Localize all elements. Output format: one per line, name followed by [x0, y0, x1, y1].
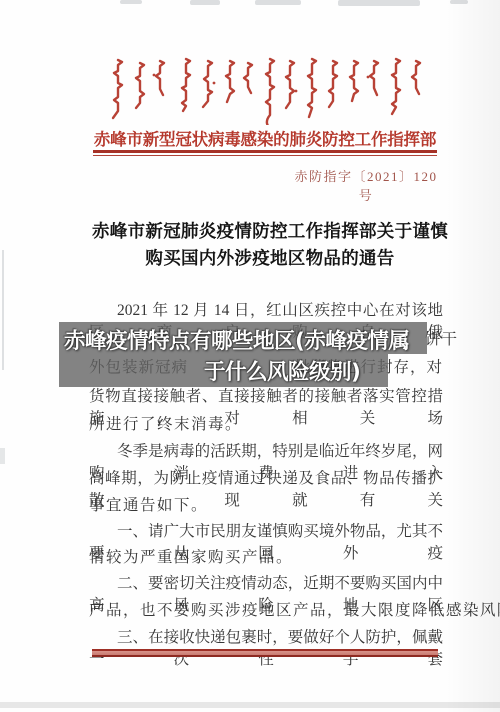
body-line: 高峰期，为防止疫情通过快递及食品、物品传播扩散，现就有关	[89, 468, 443, 490]
scan-artifact	[190, 0, 220, 5]
page-edge-shadow	[0, 448, 5, 464]
letterhead-double-rule	[93, 150, 437, 156]
notice-title-line2: 购买国内外涉疫地区物品的通告	[40, 245, 500, 269]
body-line: 二、要密切关注疫情动态，近期不要购买国内中高风险地区	[89, 573, 443, 595]
page-edge-shadow	[2, 250, 4, 370]
headline-overlay-line2: 于什么风险级别)	[204, 355, 360, 386]
body-line: 冬季是病毒的活跃期，特别是临近年终岁尾，网购消费进入	[89, 441, 443, 463]
scan-artifact	[338, 0, 420, 6]
body-line: 2021 年 12 月 14 日，红山区疾控中心在对该地区商户购自俄	[89, 300, 443, 322]
body-line: 所进行了终末消毒。	[89, 414, 443, 436]
body-line: 一、请广大市民朋友谨慎购买境外物品，尤其不要从国外疫	[89, 521, 443, 543]
scan-artifact	[255, 0, 301, 5]
page-edge-shadow	[0, 702, 500, 708]
notice-title-line1: 赤峰市新冠肺炎疫情防控工作指挥部关于谨慎	[40, 218, 500, 242]
body-line: 事宜通告如下。	[89, 495, 443, 517]
scan-artifact	[120, 0, 142, 4]
body-line: 产品，也不要购买涉疫地区产品，最大限度降低感染风险。	[89, 600, 443, 622]
scanned-notice-page: 赤峰市新型冠状病毒感染的肺炎防控工作指挥部 赤防指字〔2021〕120 号 赤峰…	[0, 0, 500, 712]
body-line: 货物直接接触者、直接接触者的接触者落实管控措施，对相关场	[89, 386, 443, 408]
mongolian-script-icon	[0, 55, 500, 125]
body-line: 情较为严重国家购买产品。	[89, 547, 443, 569]
letterhead-org-name: 赤峰市新型冠状病毒感染的肺炎防控工作指挥部	[30, 126, 500, 150]
bottom-double-rule	[92, 649, 438, 657]
headline-overlay-line1: 赤峰疫情特点有哪些地区(赤峰疫情属	[64, 324, 409, 355]
body-line: 三、在接收快递包裹时，要做好个人防护，佩戴一次性手套	[89, 627, 443, 649]
document-number: 赤防指字〔2021〕120 号	[285, 166, 447, 184]
